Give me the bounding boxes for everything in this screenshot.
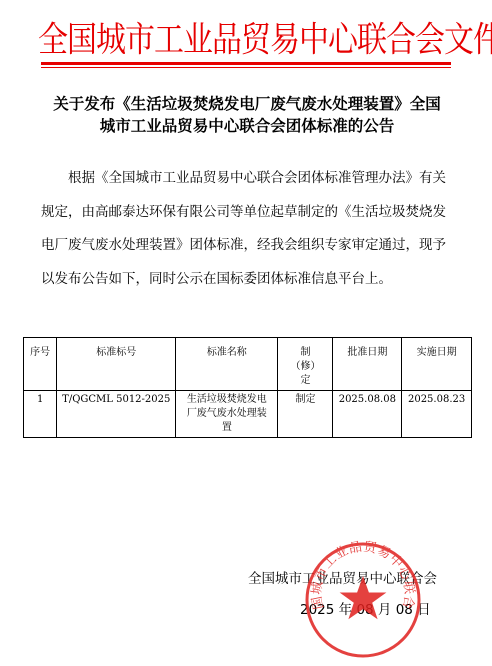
cell-code: T/QGCML 5012-2025 — [57, 391, 176, 438]
cell-type: 制定 — [278, 391, 333, 438]
announcement-title-line2: 城市工业品贸易中心联合会团体标准的公告 — [14, 115, 480, 137]
cell-name: 生活垃圾焚烧发电厂废气废水处理装置 — [176, 391, 278, 438]
header-implement-date: 实施日期 — [402, 338, 472, 391]
table-row: 1 T/QGCML 5012-2025 生活垃圾焚烧发电厂废气废水处理装置 制定… — [24, 391, 472, 438]
issuing-organization: 全国城市工业品贸易中心联合会 — [248, 567, 437, 587]
masthead-divider-thick — [41, 62, 451, 65]
cell-approve-date: 2025.08.08 — [333, 391, 402, 438]
table-header-row: 序号 标准标号 标准名称 制（修）定 批准日期 实施日期 — [24, 338, 472, 391]
cell-seq: 1 — [24, 391, 57, 438]
announcement-body: 根据《全国城市工业品贸易中心联合会团体标准管理办法》有关规定，由高邮泰达环保有限… — [41, 162, 457, 296]
cell-implement-date: 2025.08.23 — [402, 391, 472, 438]
header-seq: 序号 — [24, 338, 57, 391]
standards-table: 序号 标准标号 标准名称 制（修）定 批准日期 实施日期 1 T/QGCML 5… — [23, 337, 472, 438]
document-masthead: 全国城市工业品贸易中心联合会文件 — [38, 10, 458, 62]
header-type: 制（修）定 — [278, 338, 333, 391]
announcement-title: 关于发布《生活垃圾焚烧发电厂废气废水处理装置》全国 城市工业品贸易中心联合会团体… — [14, 93, 480, 137]
issue-date: 2025 年 08 月 08 日 — [300, 598, 431, 618]
header-approve-date: 批准日期 — [333, 338, 402, 391]
masthead-divider-thin — [41, 67, 451, 68]
header-name: 标准名称 — [176, 338, 278, 391]
header-code: 标准标号 — [57, 338, 176, 391]
announcement-title-line1: 关于发布《生活垃圾焚烧发电厂废气废水处理装置》全国 — [14, 93, 480, 115]
